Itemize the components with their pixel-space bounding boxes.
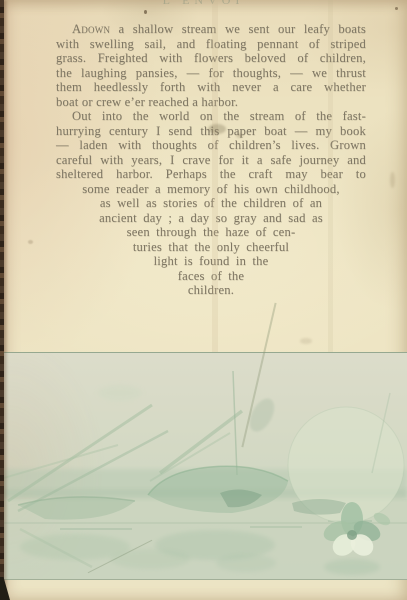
text-line: Adown a shallow stream we sent our leafy… bbox=[56, 22, 366, 37]
text-line: seen through the haze of cen- bbox=[56, 225, 366, 240]
illustration-plate bbox=[0, 352, 407, 580]
text-line: the laughing pansies, — for thoughts, — … bbox=[56, 66, 366, 81]
text-line-rest: a shallow stream we sent our leafy boats bbox=[110, 22, 366, 36]
text-line: hurrying century I send this paper boat … bbox=[56, 124, 366, 139]
lenvoi-text-block: Adown a shallow stream we sent our leafy… bbox=[56, 22, 366, 298]
foxing-spot bbox=[28, 240, 33, 244]
text-line: sheltered harbor. Perhaps the craft may … bbox=[56, 167, 366, 182]
opening-word-smallcaps: Adown bbox=[72, 22, 110, 36]
text-line: some reader a memory of his own childhoo… bbox=[56, 182, 366, 197]
text-line: Out into the world on the stream of the … bbox=[56, 109, 366, 124]
leaf-boats-illustration bbox=[0, 353, 407, 579]
plate-smudges bbox=[98, 385, 279, 436]
text-line: turies that the only cheerful bbox=[56, 240, 366, 255]
text-line: — laden with thoughts of children’s live… bbox=[56, 138, 366, 153]
text-line: as well as stories of the children of an bbox=[56, 196, 366, 211]
text-line: grass. Freighted with flowers beloved of… bbox=[56, 51, 366, 66]
text-line: boat or crew e’er reached a harbor. bbox=[56, 95, 366, 110]
bottom-left-shadow-wedge bbox=[0, 577, 10, 600]
running-header-ghost: L'ENVOI bbox=[0, 0, 407, 8]
text-line: with swelling sail, and floating pennant… bbox=[56, 37, 366, 52]
foxing-spot bbox=[300, 338, 312, 344]
text-line: ancient day ; a day so gray and sad as bbox=[56, 211, 366, 226]
text-line: faces of the bbox=[56, 269, 366, 284]
text-line: them heedlessly forth with never a care … bbox=[56, 80, 366, 95]
book-page: L'ENVOI Adown a shallow stream we sent o… bbox=[0, 0, 407, 600]
binding-edge bbox=[0, 0, 4, 600]
text-line: children. bbox=[56, 283, 366, 298]
foxing-spot bbox=[144, 10, 147, 14]
text-line: careful with years, I crave for it a saf… bbox=[56, 153, 366, 168]
foxing-spot bbox=[390, 172, 395, 188]
text-line: light is found in the bbox=[56, 254, 366, 269]
